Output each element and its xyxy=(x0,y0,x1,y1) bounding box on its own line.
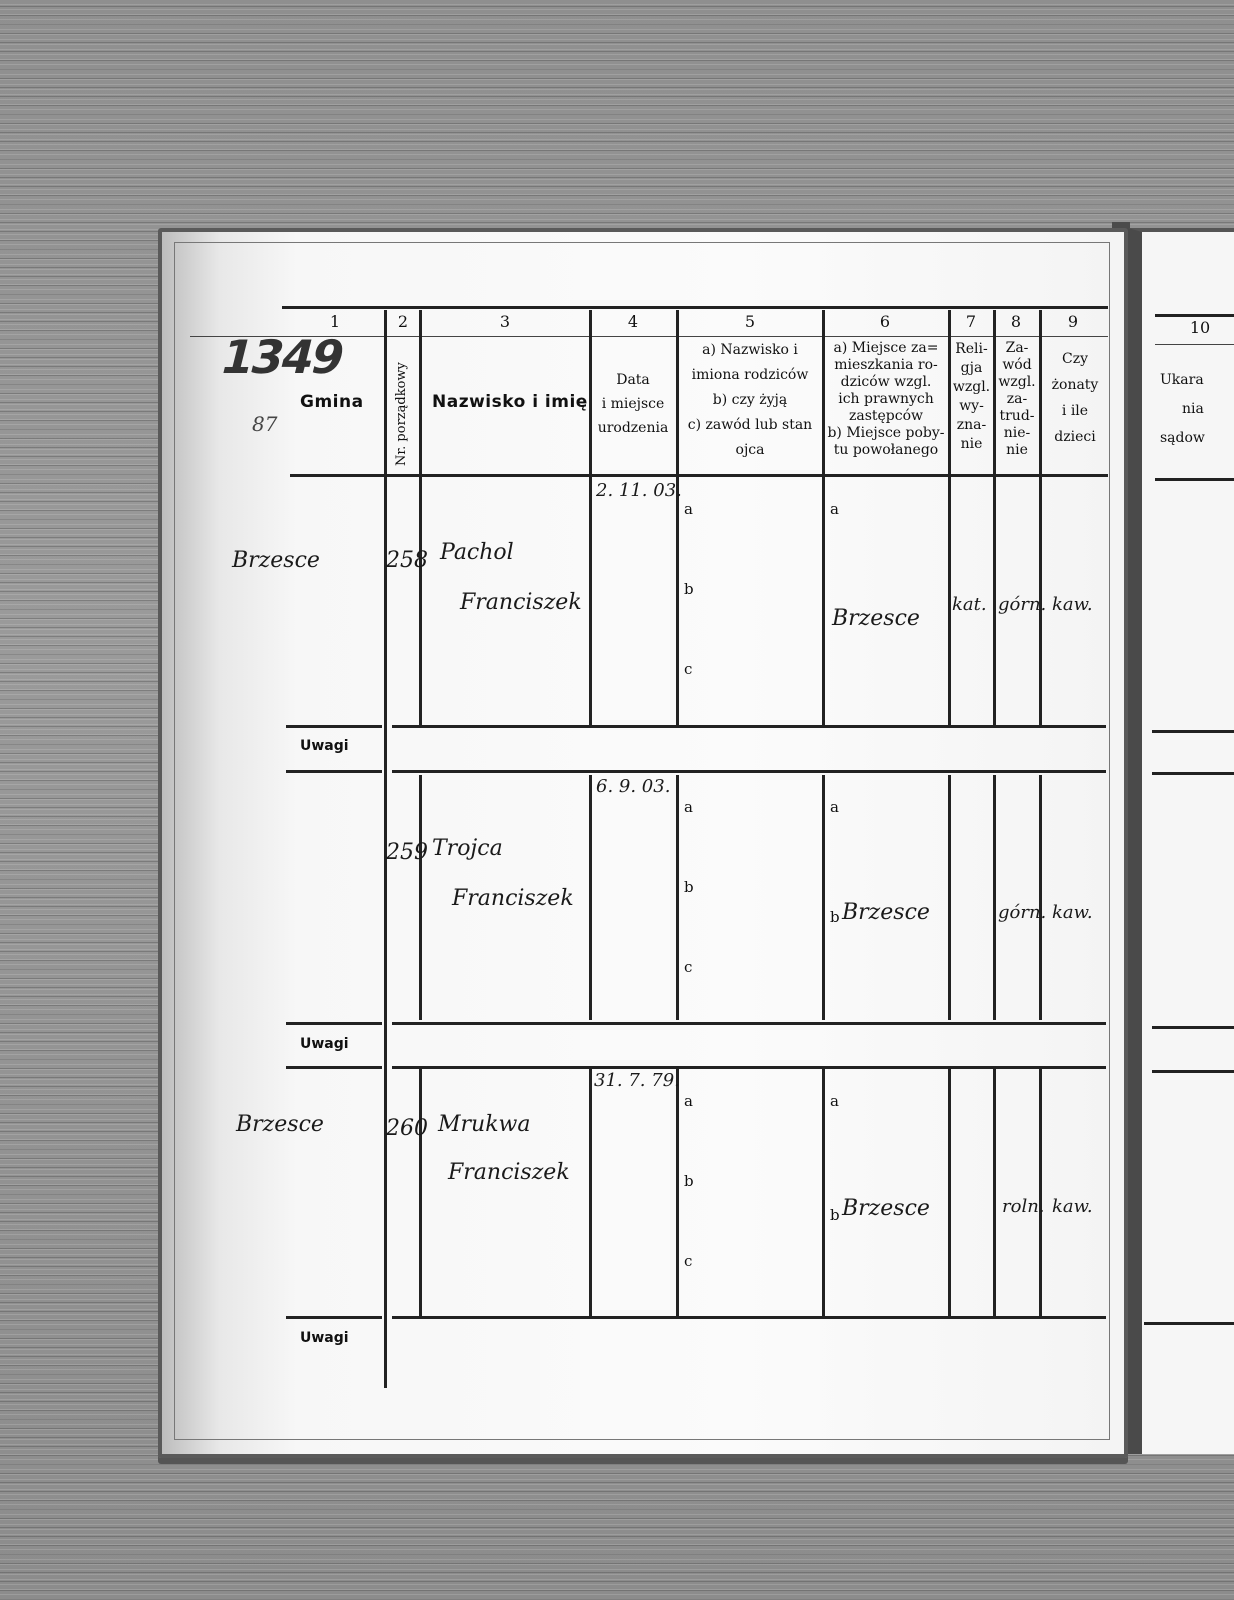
col-rule-7b xyxy=(948,775,951,1020)
entry-birth-date: 31. 7. 79. xyxy=(594,1070,680,1091)
header-bottom-rule xyxy=(290,474,1108,477)
facing-rule xyxy=(1144,1322,1234,1325)
entry-married: kaw. xyxy=(1052,1196,1093,1217)
sub-b: b xyxy=(684,1172,694,1190)
sub-a: a xyxy=(684,1092,693,1110)
sub-c: c xyxy=(684,958,692,976)
entry-nr: 260 xyxy=(386,1116,428,1141)
entry-surname: Trojca xyxy=(432,836,503,861)
colnum-7: 7 xyxy=(956,312,986,331)
col-rule-7c xyxy=(948,1068,951,1316)
sub-a: a xyxy=(684,500,693,518)
entry-gmina: Brzesce xyxy=(236,1112,324,1137)
remarks-label: Uwagi xyxy=(300,738,349,754)
colnum-5: 5 xyxy=(735,312,765,331)
entry-surname: Mrukwa xyxy=(438,1112,531,1137)
header-col4: Data i miejsce urodzenia xyxy=(590,368,676,440)
colnum-6: 6 xyxy=(870,312,900,331)
col-rule-6c xyxy=(822,1068,825,1316)
facing-rule xyxy=(1152,730,1234,733)
col-rule-3c xyxy=(419,1068,422,1316)
entry-married: kaw. xyxy=(1052,902,1093,923)
header-nr-porzadkowy: Nr. porządkowy xyxy=(394,362,409,466)
entry-occupation: górn. xyxy=(998,902,1046,923)
entry-given-name: Franciszek xyxy=(448,1160,570,1185)
facing-rule xyxy=(1152,1026,1234,1029)
col-rule-5b xyxy=(676,775,679,1020)
colnum-3: 3 xyxy=(490,312,520,331)
col-rule-8c xyxy=(993,1068,996,1316)
entry-residence: Brzesce xyxy=(832,606,920,631)
col-rule-3b xyxy=(419,775,422,1020)
col-rule-9c xyxy=(1039,1068,1042,1316)
remarks-rule xyxy=(392,770,1106,773)
entry-birth-date: 2. 11. 03. xyxy=(596,480,682,501)
sub-b-col6: b xyxy=(830,908,840,926)
col-rule-8b xyxy=(993,775,996,1020)
entry-birth-date: 6. 9. 03. xyxy=(596,776,670,797)
entry-nr: 259 xyxy=(386,840,428,865)
header-col9: Czy żonaty i ile dzieci xyxy=(1041,346,1109,450)
sub-c: c xyxy=(684,1252,692,1270)
colnum-8: 8 xyxy=(1001,312,1031,331)
header-col7: Reli- gja wzgl. wy- zna- nie xyxy=(950,340,993,454)
header-top-rule xyxy=(282,306,1108,309)
header-col10: Ukara nia sądow xyxy=(1160,366,1234,453)
col-rule-6b xyxy=(822,775,825,1020)
header-nazwisko-imie: Nazwisko i imię xyxy=(432,392,588,412)
remarks-rule xyxy=(286,770,382,773)
sub-a-col6: a xyxy=(830,500,839,518)
sub-b: b xyxy=(684,580,694,598)
entry-occupation: górn. xyxy=(998,594,1046,615)
colnum-9: 9 xyxy=(1058,312,1088,331)
sub-b-col6: b xyxy=(830,1206,840,1224)
sub-a-col6: a xyxy=(830,1092,839,1110)
col-rule-4b xyxy=(589,775,592,1020)
entry-gmina: Brzesce xyxy=(232,548,320,573)
remarks-rule xyxy=(392,1316,1106,1319)
colnum-1: 1 xyxy=(320,312,350,331)
facing-top-rule xyxy=(1155,314,1234,317)
header-col8: Za- wód wzgl. za- trud- nie- nie xyxy=(995,340,1039,459)
remarks-rule xyxy=(286,1066,382,1069)
header-col5: a) Nazwisko i imiona rodziców b) czy żyj… xyxy=(678,338,822,463)
col-rule-9b xyxy=(1039,775,1042,1020)
remarks-label: Uwagi xyxy=(300,1036,349,1052)
sub-c: c xyxy=(684,660,692,678)
remarks-rule xyxy=(392,1066,1106,1069)
remarks-rule xyxy=(392,1022,1106,1025)
sub-a: a xyxy=(684,798,693,816)
colnum-4: 4 xyxy=(618,312,648,331)
sub-b: b xyxy=(684,878,694,896)
stamp-number: 1349 xyxy=(215,330,348,384)
colnum-10: 10 xyxy=(1185,318,1215,337)
remarks-label: Uwagi xyxy=(300,1330,349,1346)
remarks-rule xyxy=(286,1316,382,1319)
remarks-rule xyxy=(286,725,382,728)
remarks-rule xyxy=(392,725,1106,728)
col-rule-3a xyxy=(419,310,422,725)
entry-given-name: Franciszek xyxy=(452,886,574,911)
colnum-2: 2 xyxy=(388,312,418,331)
entry-religion: kat. xyxy=(952,594,987,615)
entry-nr: 258 xyxy=(386,548,428,573)
col-rule-5c xyxy=(676,1068,679,1316)
entry-surname: Pachol xyxy=(440,540,514,565)
header-col6: a) Miejsce za= mieszkania ro- dziców wzg… xyxy=(824,340,948,459)
sub-a-col6: a xyxy=(830,798,839,816)
entry-given-name: Franciszek xyxy=(460,590,582,615)
facing-rule xyxy=(1152,772,1234,775)
facing-header-rule xyxy=(1155,478,1234,481)
entry-residence: Brzesce xyxy=(842,1196,930,1221)
entry-occupation: roln. xyxy=(1002,1196,1045,1217)
entry-married: kaw. xyxy=(1052,594,1093,615)
remarks-rule xyxy=(286,1022,382,1025)
col-rule-4c xyxy=(589,1068,592,1316)
facing-colnum-rule xyxy=(1155,344,1234,345)
facing-rule xyxy=(1152,1070,1234,1073)
header-gmina: Gmina xyxy=(300,392,364,412)
pencil-number: 87 xyxy=(252,412,277,436)
entry-residence: Brzesce xyxy=(842,900,930,925)
